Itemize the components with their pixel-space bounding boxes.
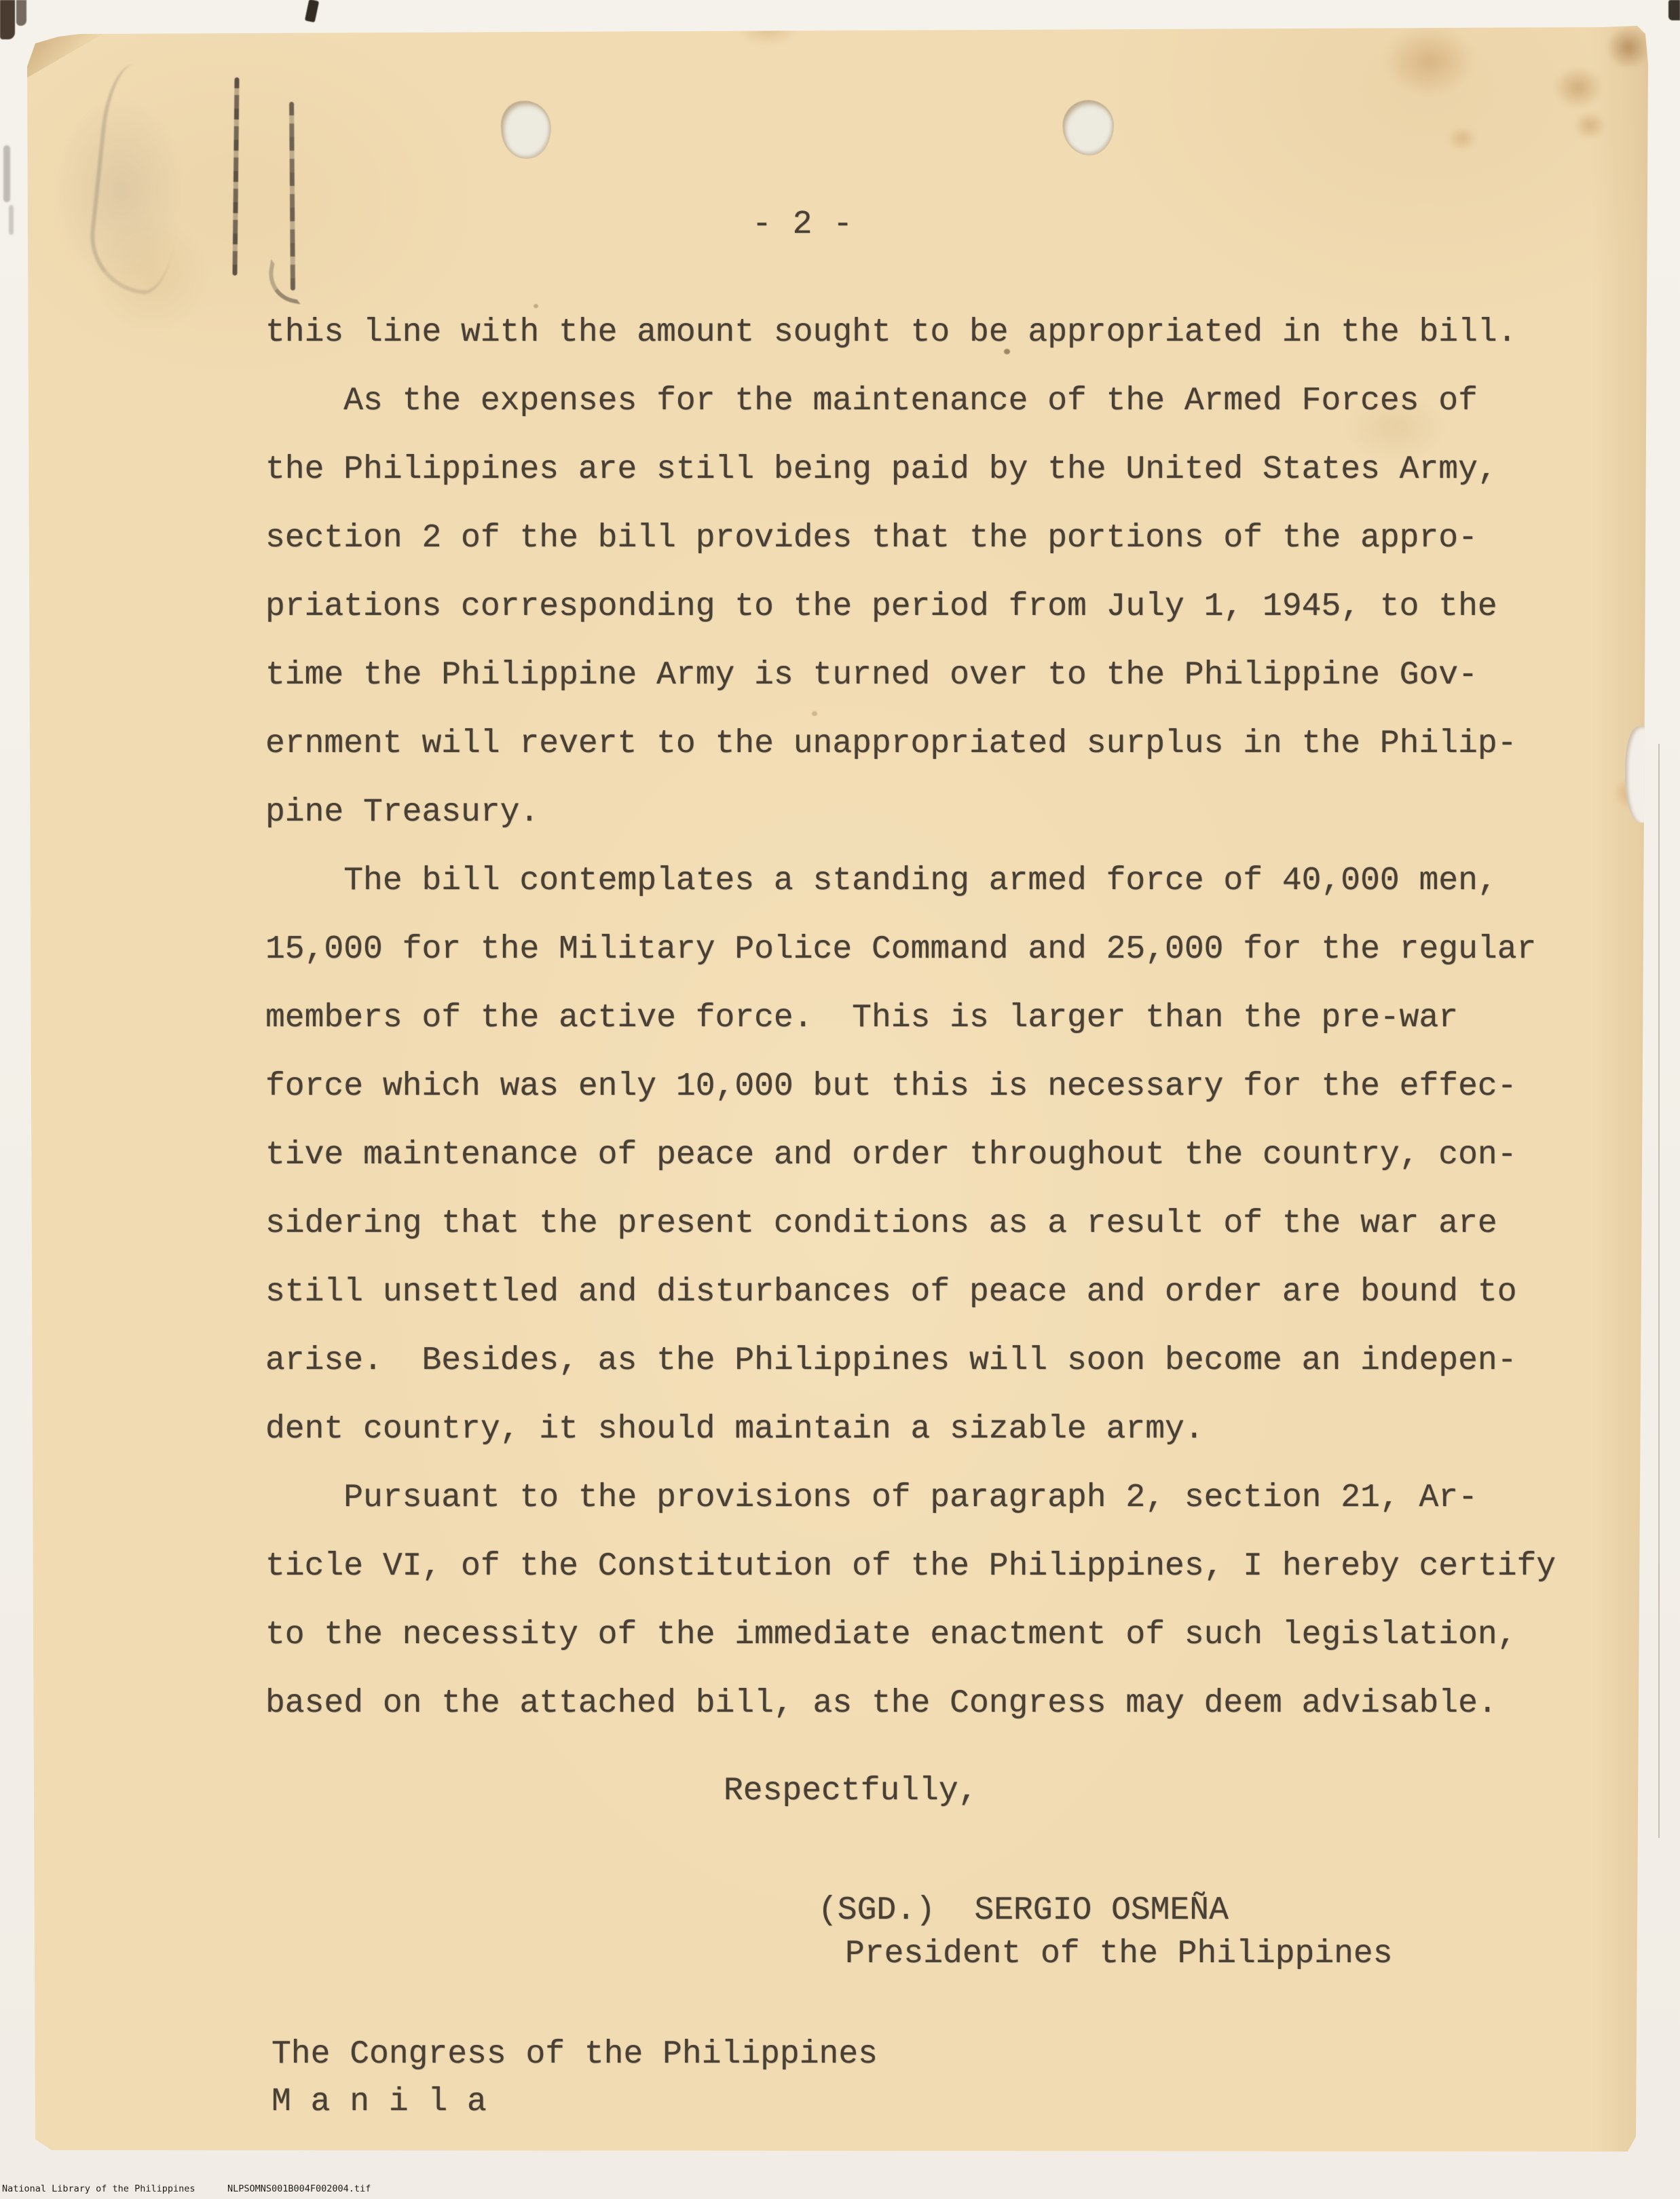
scanned-document-viewer: { "document": { "page_number": "- 2 -", … xyxy=(0,0,1680,2199)
addressee-city: M a n i l a xyxy=(272,2084,487,2120)
letter-body: this line with the amount sought to be a… xyxy=(265,299,1556,1738)
letter-body-line: still unsettled and disturbances of peac… xyxy=(265,1258,1556,1327)
letter-body-line: the Philippines are still being paid by … xyxy=(265,436,1556,504)
scanner-edge-mark xyxy=(1668,0,1680,20)
footer-library-label: National Library of the Philippines xyxy=(2,2183,195,2194)
footer-filename-label: NLPSOMNS001B004F002004.tif xyxy=(227,2183,371,2194)
scanner-edge-mark xyxy=(16,0,26,26)
foxing-stain xyxy=(1553,67,1603,109)
addressee-line: The Congress of the Philippines xyxy=(272,2036,878,2073)
foxing-stain xyxy=(1447,126,1477,151)
foxing-stain xyxy=(1606,26,1651,69)
letter-body-line: dent country, it should maintain a sizab… xyxy=(265,1395,1556,1464)
foxing-stain xyxy=(94,217,209,333)
letter-body-line: Pursuant to the provisions of paragraph … xyxy=(265,1464,1556,1533)
letter-body-line: time the Philippine Army is turned over … xyxy=(265,641,1556,710)
closing-salutation: Respectfully, xyxy=(724,1773,977,1809)
letter-body-line: ticle VI, of the Constitution of the Phi… xyxy=(265,1533,1556,1601)
letter-body-line: pine Treasury. xyxy=(265,778,1556,847)
letter-body-line: The bill contemplates a standing armed f… xyxy=(265,847,1556,916)
letter-body-line: members of the active force. This is lar… xyxy=(265,984,1556,1053)
signature-title-line: President of the Philippines xyxy=(845,1936,1393,1972)
scanner-edge-mark xyxy=(0,0,15,39)
letter-body-line: 15,000 for the Military Police Command a… xyxy=(265,916,1556,984)
letter-body-line: priations corresponding to the period fr… xyxy=(265,573,1556,641)
foxing-stain xyxy=(1573,111,1606,140)
letter-body-line: ernment will revert to the unappropriate… xyxy=(265,710,1556,778)
scanner-edge-mark xyxy=(3,145,10,202)
edge-tear-notch xyxy=(1625,726,1658,823)
signature-signed-line: (SGD.) SERGIO OSMEÑA xyxy=(818,1892,1229,1929)
letter-body-line: As the expenses for the maintenance of t… xyxy=(265,367,1556,436)
pencil-stroke-hook xyxy=(264,259,307,304)
scanner-edge-mark xyxy=(305,0,319,22)
letter-body-line: sidering that the present conditions as … xyxy=(265,1190,1556,1258)
letter-body-line: based on the attached bill, as the Congr… xyxy=(265,1670,1556,1738)
letter-body-line: to the necessity of the immediate enactm… xyxy=(265,1601,1556,1670)
letter-body-line: tive maintenance of peace and order thro… xyxy=(265,1121,1556,1190)
foxing-stain xyxy=(1383,26,1475,97)
page-number: - 2 - xyxy=(752,206,853,243)
hole-punch xyxy=(1062,99,1115,156)
adjacent-page-edge-line xyxy=(1658,744,1660,1838)
foxing-stain xyxy=(736,7,799,46)
letter-body-line: force which was enly 10,000 but this is … xyxy=(265,1053,1556,1121)
letter-body-line: arise. Besides, as the Philippines will … xyxy=(265,1327,1556,1395)
top-edge-stain-line xyxy=(61,30,231,33)
pencil-stroke xyxy=(232,77,239,276)
document-page: - 2 - this line with the amount sought t… xyxy=(0,0,1680,2199)
hole-punch xyxy=(500,100,553,160)
letter-body-line: section 2 of the bill provides that the … xyxy=(265,504,1556,573)
letter-body-line: this line with the amount sought to be a… xyxy=(265,299,1556,367)
scanner-edge-mark xyxy=(9,205,14,235)
